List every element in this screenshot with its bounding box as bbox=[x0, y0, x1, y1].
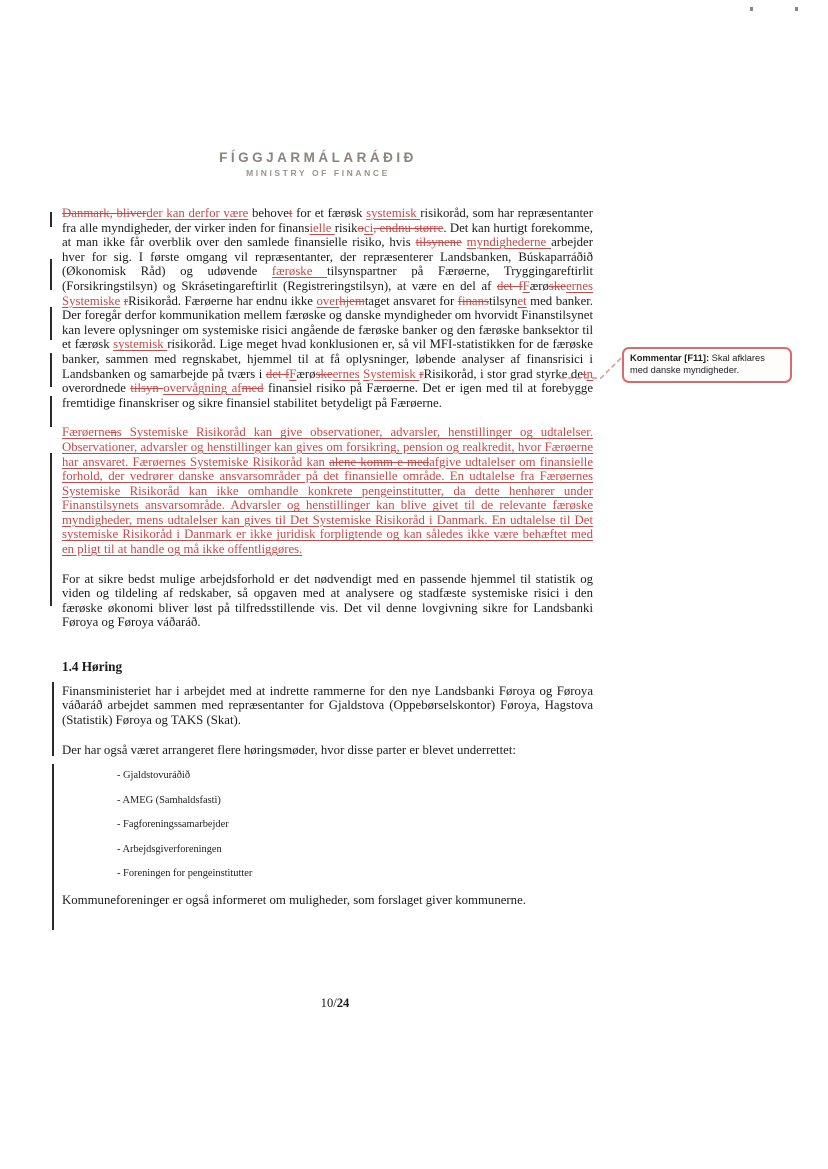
bullet-item: - Gjaldstovuráðið bbox=[117, 770, 593, 782]
inserted-text: afgive udtalelser om finansielle forhold… bbox=[62, 455, 593, 557]
inserted-text: Systemisk bbox=[363, 367, 419, 381]
deleted-text: ske bbox=[549, 279, 566, 293]
text-run: taget ansvaret for bbox=[365, 294, 458, 308]
body-paragraph: For at sikre bedst mulige arbejdsforhold… bbox=[62, 572, 593, 630]
inserted-text: ci bbox=[364, 221, 373, 235]
inserted-text: systemisk bbox=[113, 337, 167, 351]
text-run: risik bbox=[335, 221, 358, 235]
text-run: behove bbox=[248, 206, 289, 220]
deleted-text: finans bbox=[458, 294, 489, 308]
deleted-text: alene komm e med bbox=[329, 455, 429, 469]
inserted-text: Færøerne bbox=[62, 425, 110, 439]
change-bar bbox=[52, 682, 54, 756]
scan-speck bbox=[795, 7, 798, 11]
inserted-paragraph: Færøernens Systemiske Risikoråd kan give… bbox=[62, 425, 593, 556]
change-bar bbox=[50, 307, 52, 340]
text-run: ærø bbox=[530, 279, 549, 293]
change-bar bbox=[50, 353, 52, 387]
inserted-text: der kan derfor være bbox=[146, 206, 248, 220]
letterhead: FÍGGJARMÁLARÁÐIÐ MINISTRY OF FINANCE bbox=[62, 150, 574, 178]
deleted-text: , endnu større bbox=[373, 221, 443, 235]
deleted-text: det f bbox=[266, 367, 289, 381]
ministry-title: FÍGGJARMÁLARÁÐIÐ bbox=[62, 150, 574, 165]
deleted-text: hjem bbox=[339, 294, 365, 308]
page-current: 10/ bbox=[321, 996, 337, 1010]
text-run: overordnede bbox=[62, 381, 130, 395]
deleted-text: ske bbox=[316, 367, 333, 381]
section-heading: 1.4 Høring bbox=[62, 660, 593, 675]
change-bar bbox=[52, 764, 54, 930]
body-paragraph: Finansministeriet har i arbejdet med at … bbox=[62, 684, 593, 728]
inserted-text: overvågning af bbox=[163, 381, 241, 395]
inserted-text: ernes bbox=[566, 279, 593, 293]
scan-speck bbox=[750, 7, 753, 11]
change-bar bbox=[50, 212, 52, 227]
inserted-text: et bbox=[517, 294, 526, 308]
inserted-text: systemisk bbox=[366, 206, 420, 220]
change-bar bbox=[50, 259, 52, 290]
text-run: tilsyn bbox=[489, 294, 517, 308]
inserted-text: Systemiske bbox=[62, 294, 120, 308]
deleted-text: tilsynene bbox=[416, 235, 462, 249]
text-run: ærø bbox=[296, 367, 315, 381]
body-paragraph: Kommuneforeninger er også informeret om … bbox=[62, 893, 593, 908]
bullet-item: - Arbejdsgiverforeningen bbox=[117, 844, 593, 856]
text-run: for et færøsk bbox=[292, 206, 366, 220]
inserted-text: F bbox=[523, 279, 530, 293]
page-number: 10/24 bbox=[62, 996, 608, 1011]
tracked-changes-paragraph: Danmark, bliverder kan derfor være behov… bbox=[62, 206, 593, 410]
scanned-document-page: FÍGGJARMÁLARÁÐIÐ MINISTRY OF FINANCE Dan… bbox=[0, 0, 828, 1169]
body-paragraph: Der har også været arrangeret flere høri… bbox=[62, 743, 593, 758]
bullet-item: - Fagforeningssamarbejder bbox=[117, 819, 593, 831]
bullet-item: - Foreningen for pengeinstitutter bbox=[117, 868, 593, 880]
inserted-text: n bbox=[587, 367, 593, 381]
inserted-text: over bbox=[316, 294, 339, 308]
comment-box: Kommentar [F11]: Skal afklares med dansk… bbox=[622, 347, 792, 383]
text-run: Risikoråd, i stor grad styrke de bbox=[424, 367, 583, 381]
comment-label: Kommentar [F11]: bbox=[630, 353, 709, 363]
change-bar bbox=[50, 453, 52, 606]
deleted-text: Danmark, bliver bbox=[62, 206, 146, 220]
bullet-list: - Gjaldstovuráðið- AMEG (Samhaldsfasti)-… bbox=[117, 770, 593, 880]
inserted-text: færøske bbox=[272, 264, 327, 278]
inserted-text: ielle bbox=[309, 221, 334, 235]
deleted-text: med bbox=[242, 381, 264, 395]
document-body: Danmark, bliverder kan derfor være behov… bbox=[62, 206, 593, 919]
inserted-text: myndighederne bbox=[467, 235, 551, 249]
ministry-subtitle: MINISTRY OF FINANCE bbox=[62, 168, 574, 178]
deleted-text: det f bbox=[497, 279, 523, 293]
inserted-text: ernes bbox=[333, 367, 360, 381]
change-bar bbox=[50, 396, 52, 427]
page-total: 24 bbox=[337, 996, 350, 1010]
text-run: Risikoråd. Færøerne har endnu ikke bbox=[128, 294, 316, 308]
deleted-text: tilsyn bbox=[130, 381, 163, 395]
bullet-item: - AMEG (Samhaldsfasti) bbox=[117, 795, 593, 807]
